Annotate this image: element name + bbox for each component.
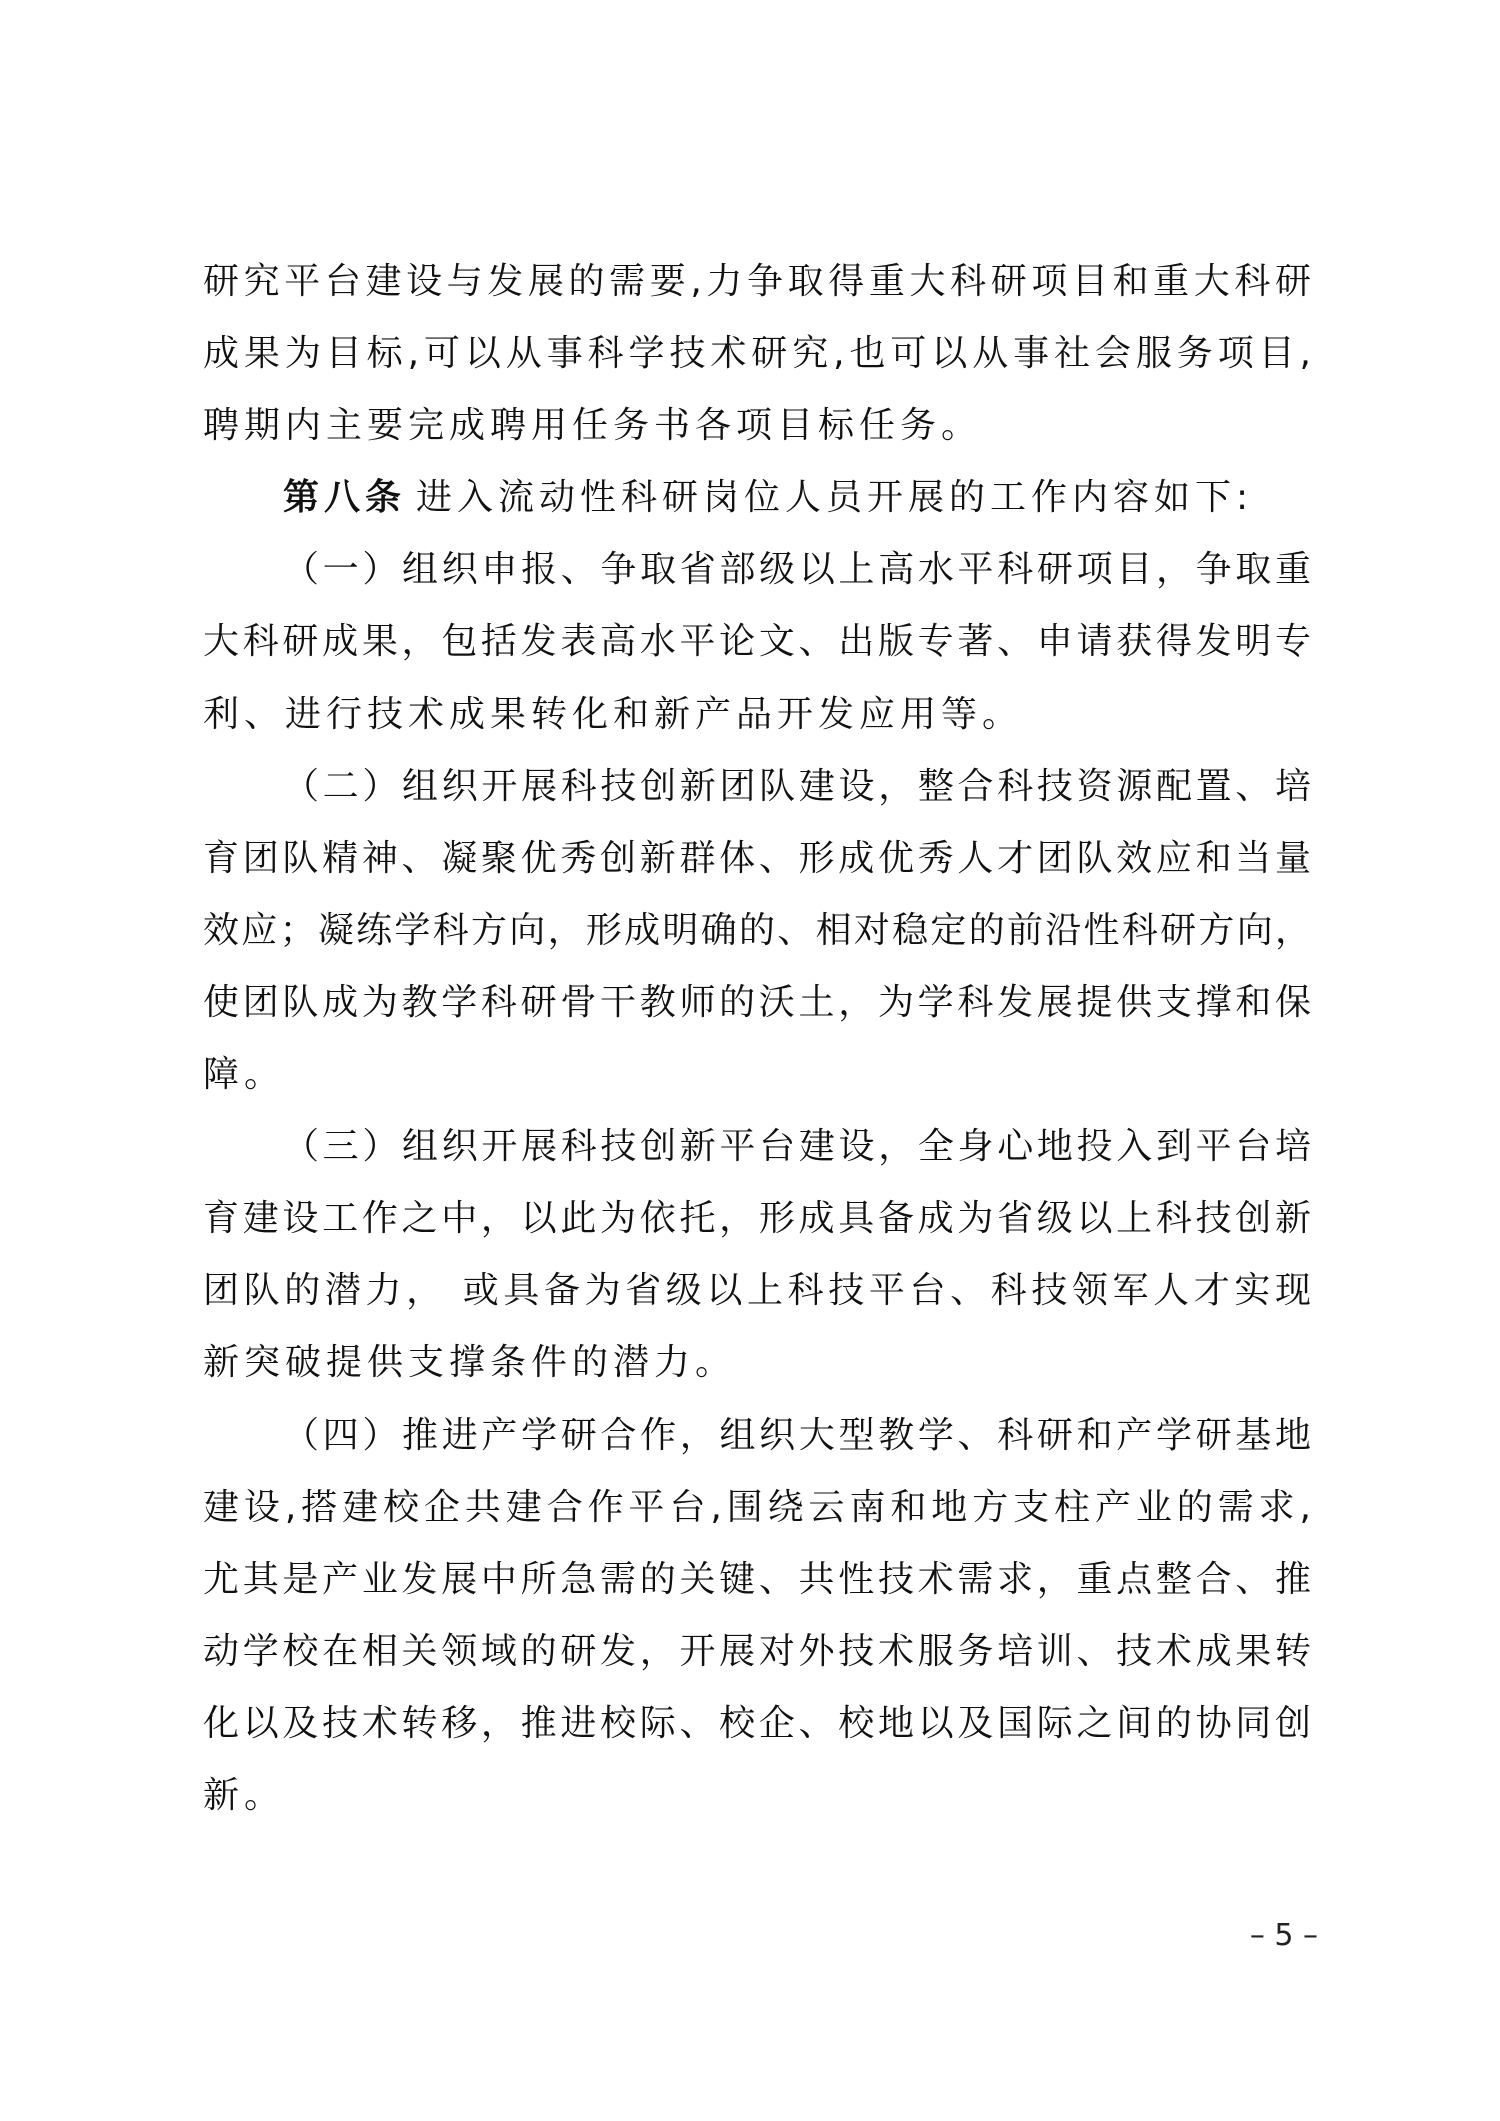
paragraph-line: 育建设工作之中，以此为依托，形成具备成为省级以上科技创新 [203,1189,1311,1261]
paragraph-line: 化以及技术转移，推进校际、校企、校地以及国际之间的协同创 [203,1694,1311,1766]
paragraph-line: 成果为目标,可以从事科学技术研究,也可以从事社会服务项目, [203,324,1311,396]
document-page: 研究平台建设与发展的需要,力争取得重大科研项目和重大科研 成果为目标,可以从事科… [0,0,1500,2121]
article-heading-line: 第八条进入流动性科研岗位人员开展的工作内容如下: [203,468,1311,540]
paragraph-line: 研究平台建设与发展的需要,力争取得重大科研项目和重大科研 [203,252,1311,324]
paragraph-line: 团队的潜力， 或具备为省级以上科技平台、科技领军人才实现 [203,1261,1311,1333]
article-label: 第八条 [283,477,406,518]
paragraph-line: 新。 [203,1766,1311,1838]
paragraph-line: 聘期内主要完成聘用任务书各项目标任务。 [203,396,1311,468]
paragraph-line: 尤其是产业发展中所急需的关键、共性技术需求，重点整合、推 [203,1550,1311,1622]
paragraph-line: 新突破提供支撑条件的潜力。 [203,1333,1311,1405]
paragraph-line: 动学校在相关领域的研发，开展对外技术服务培训、技术成果转 [203,1622,1311,1694]
paragraph-line: （三）组织开展科技创新平台建设，全身心地投入到平台培 [203,1117,1311,1189]
paragraph-line: （一）组织申报、争取省部级以上高水平科研项目，争取重 [203,540,1311,612]
paragraph-line: 使团队成为教学科研骨干教师的沃土，为学科发展提供支撑和保 [203,973,1311,1045]
paragraph-line: 育团队精神、凝聚优秀创新群体、形成优秀人才团队效应和当量 [203,829,1311,901]
paragraph-line: （二）组织开展科技创新团队建设，整合科技资源配置、培 [203,757,1311,829]
paragraph-line: 大科研成果，包括发表高水平论文、出版专著、申请获得发明专 [203,612,1311,684]
body-text: 研究平台建设与发展的需要,力争取得重大科研项目和重大科研 成果为目标,可以从事科… [203,252,1311,1838]
article-text: 进入流动性科研岗位人员开展的工作内容如下: [416,477,1253,518]
page-number: – 5 – [1218,1918,1318,1953]
paragraph-line: 效应；凝练学科方向，形成明确的、相对稳定的前沿性科研方向， [203,901,1311,973]
paragraph-line: 建设,搭建校企共建合作平台,围绕云南和地方支柱产业的需求, [203,1478,1311,1550]
paragraph-line: （四）推进产学研合作，组织大型教学、科研和产学研基地 [203,1406,1311,1478]
paragraph-line: 障。 [203,1045,1311,1117]
paragraph-line: 利、进行技术成果转化和新产品开发应用等。 [203,685,1311,757]
